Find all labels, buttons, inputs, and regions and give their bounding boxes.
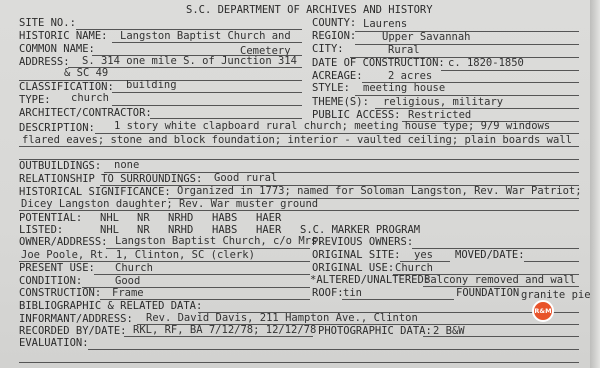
- county-label: COUNTY:: [312, 17, 356, 29]
- region-label: REGION:: [312, 30, 356, 42]
- roof-line: [342, 299, 454, 300]
- relationship-value: Good rural: [214, 172, 277, 184]
- type-value: church: [71, 92, 109, 104]
- relationship-label: RELATIONSHIP TO SURROUNDINGS:: [19, 173, 202, 185]
- address-value: S. 314 one mile S. of Junction 314: [82, 55, 297, 67]
- site-no-label: SITE NO.:: [19, 17, 76, 29]
- description-label: DESCRIPTION:: [19, 122, 95, 134]
- historic-name-label: HISTORIC NAME:: [19, 30, 108, 42]
- watermark-logo-icon: R&M: [532, 300, 554, 322]
- architect-line: [150, 118, 302, 119]
- description-rule-2: [19, 146, 579, 147]
- survey-form: S.C. DEPARTMENT OF ARCHIVES AND HISTORY …: [0, 0, 590, 368]
- region-value: Upper Savannah: [382, 31, 471, 43]
- classification-value: building: [126, 79, 177, 91]
- form-title: S.C. DEPARTMENT OF ARCHIVES AND HISTORY: [186, 4, 433, 16]
- foundation-label: FOUNDATION: [456, 287, 519, 299]
- potential-label: POTENTIAL:: [19, 212, 82, 224]
- themes-value: religious, military: [383, 96, 503, 108]
- description-line-1: 1 story white clapboard rural church; me…: [114, 120, 550, 132]
- themes-line: [375, 108, 579, 109]
- evaluation-label: EVALUATION:: [19, 337, 89, 349]
- potential-habs[interactable]: HABS: [212, 212, 237, 224]
- altered-label: *ALTERED/UNALTERED:: [310, 274, 430, 286]
- photographic-line: [423, 336, 579, 337]
- owner-line-1: Langston Baptist Church, c/o Mrs.: [115, 235, 324, 247]
- previous-owners-label: PREVIOUS OWNERS:: [312, 236, 413, 248]
- historic-name-line: [112, 42, 302, 43]
- city-value: Rural: [388, 44, 420, 56]
- description-rule-3: [19, 159, 579, 160]
- bibliographic-label: BIBLIOGRAPHIC & RELATED DATA:: [19, 300, 202, 312]
- page-edge: [590, 0, 600, 368]
- potential-nrhd[interactable]: NRHD: [168, 212, 193, 224]
- city-label: CITY:: [312, 43, 344, 55]
- acreage-value: 2 acres: [388, 70, 432, 82]
- common-name-label: COMMON NAME:: [19, 43, 95, 55]
- listed-label: LISTED:: [19, 224, 63, 236]
- historic-name-value: Langston Baptist Church and: [120, 30, 291, 42]
- address-value-2: & SC 49: [64, 67, 108, 79]
- condition-label: CONDITION:: [19, 275, 82, 287]
- county-value: Laurens: [363, 18, 407, 30]
- type-label: TYPE:: [19, 94, 51, 106]
- description-line-2: flared eaves; stone and block foundation…: [22, 134, 572, 146]
- roof-label: ROOF:: [312, 287, 344, 299]
- address-label: ADDRESS:: [19, 56, 70, 68]
- type-line: [112, 105, 302, 106]
- recorded-label: RECORDED BY/DATE:: [19, 325, 126, 337]
- recorded-line: [124, 336, 313, 337]
- significance-rule-2: [19, 210, 579, 211]
- recorded-value: RKL, RF, BA 7/12/78; 12/12/78: [133, 324, 316, 336]
- moved-date-line: [524, 261, 579, 262]
- original-site-label: ORIGINAL SITE:: [312, 249, 401, 261]
- informant-label: INFORMANT/ADDRESS:: [19, 313, 133, 325]
- altered-value: Balcony removed and wall: [424, 274, 576, 286]
- date-construction-line: [441, 70, 579, 71]
- architect-label: ARCHITECT/CONTRACTOR:: [19, 107, 152, 119]
- foundation-value: granite piers: [521, 289, 600, 301]
- themes-label: THEME(S):: [312, 96, 369, 108]
- significance-line-1: Organized in 1773; named for Soloman Lan…: [177, 185, 582, 197]
- original-use-value: Church: [395, 262, 433, 274]
- acreage-label: ACREAGE:: [312, 70, 363, 82]
- original-site-value: yes: [414, 249, 433, 261]
- moved-date-label: MOVED/DATE:: [455, 249, 525, 261]
- style-label: STYLE:: [312, 82, 350, 94]
- potential-nr[interactable]: NR: [137, 212, 150, 224]
- informant-value: Rev. David Davis, 211 Hampton Ave., Clin…: [146, 312, 418, 324]
- condition-value: Good: [115, 275, 140, 287]
- owner-line-2: Joe Poole, Rt. 1, Clinton, SC (clerk): [21, 249, 255, 261]
- outbuildings-value: none: [114, 159, 139, 171]
- outbuildings-label: OUTBUILDINGS:: [19, 160, 101, 172]
- construction-label: CONSTRUCTION:: [19, 287, 101, 299]
- present-use-value: Church: [115, 262, 153, 274]
- original-use-label: ORIGINAL USE:: [312, 262, 394, 274]
- potential-nhl[interactable]: NHL: [100, 212, 119, 224]
- date-construction-label: DATE OF CONSTRUCTION:: [312, 57, 445, 69]
- construction-value: Frame: [112, 287, 144, 299]
- classification-line: [112, 92, 302, 93]
- date-construction-value: c. 1820-1850: [448, 57, 524, 69]
- significance-label: HISTORICAL SIGNIFICANCE:: [19, 186, 171, 198]
- roof-value: tin: [343, 287, 362, 299]
- photographic-label: PHOTOGRAPHIC DATA:: [318, 325, 432, 337]
- evaluation-line: [88, 349, 579, 350]
- style-value: meeting house: [363, 82, 445, 94]
- significance-line-2: Dicey Langston daughter; Rev. War muster…: [21, 198, 318, 210]
- present-use-label: PRESENT USE:: [19, 262, 95, 274]
- owner-label: OWNER/ADDRESS:: [19, 236, 108, 248]
- potential-haer[interactable]: HAER: [256, 212, 281, 224]
- evaluation-line-2: [19, 362, 579, 363]
